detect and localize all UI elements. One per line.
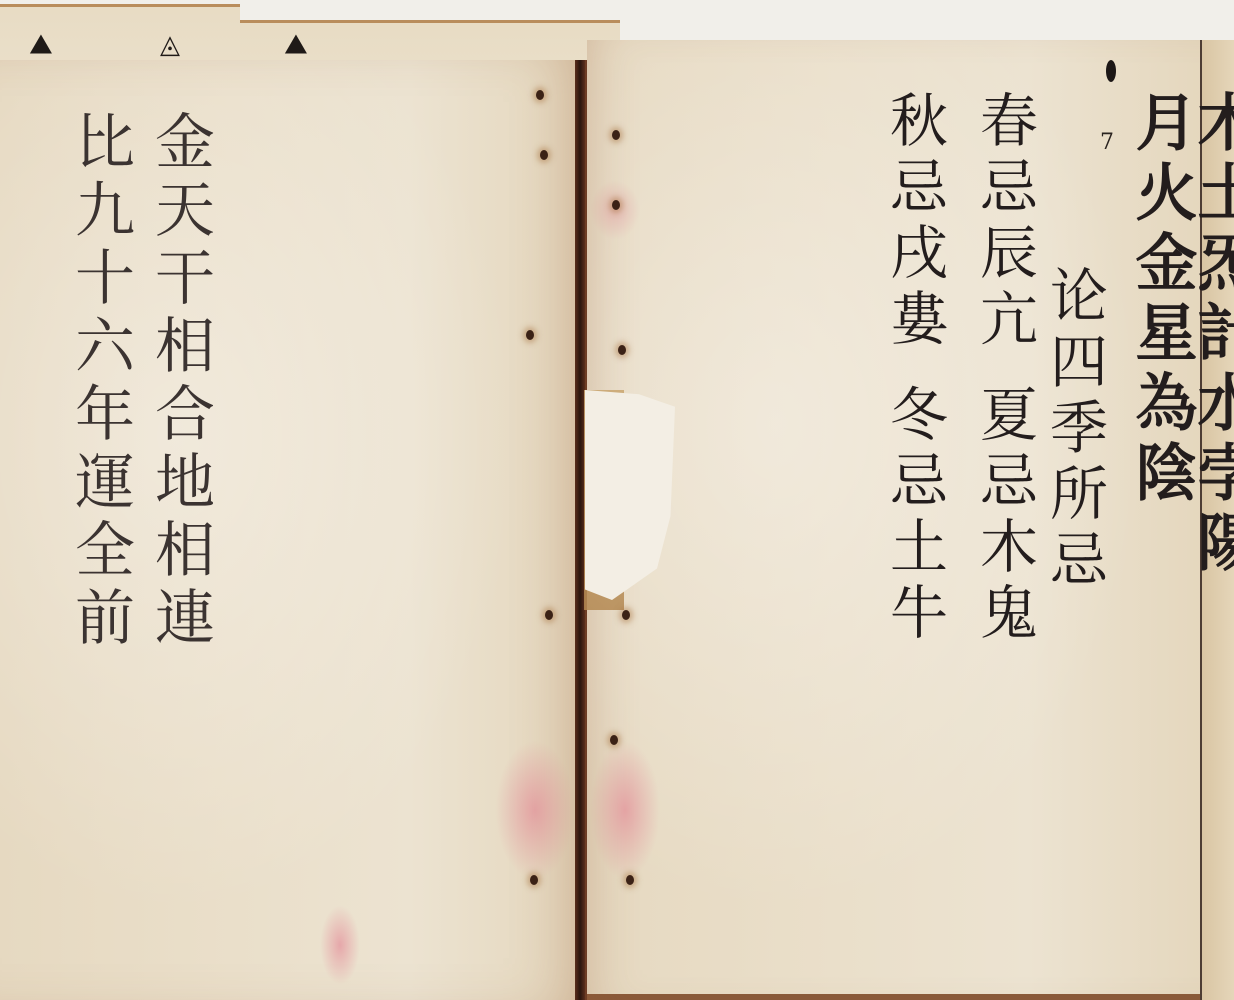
text-column-left-2: 比九十六年運全前 — [70, 110, 130, 654]
back-mark-3: ⛰ — [285, 30, 307, 61]
text-segment: 木土炁計水孛陽 — [1192, 90, 1234, 580]
text-column-left-1: 金天干相合地相連 — [150, 110, 210, 654]
back-mark-2: ◬ — [160, 30, 180, 60]
text-column-right-3: 春忌辰亢夏忌木鬼 — [975, 90, 1033, 648]
pink-stain — [320, 905, 360, 985]
binding-hole — [622, 610, 630, 620]
binding-hole — [540, 150, 548, 160]
binding-hole — [526, 330, 534, 340]
pink-stain — [590, 740, 660, 880]
pink-stain — [590, 180, 640, 240]
binding-hole — [530, 875, 538, 885]
text-segment: 春忌辰亢 — [975, 90, 1033, 354]
pink-stain — [495, 740, 575, 880]
binding-hole — [610, 735, 618, 745]
binding-hole — [536, 90, 544, 100]
binding-hole — [626, 875, 634, 885]
text-column-right-4: 秋忌戌婁冬忌土牛 — [885, 90, 943, 648]
binding-hole — [612, 200, 620, 210]
text-segment: 秋忌戌婁 — [885, 90, 943, 354]
binding-hole — [612, 130, 620, 140]
text-column-right-2: 论四季所忌 — [1045, 265, 1103, 595]
text-segment: 论四季所忌 — [1045, 265, 1103, 595]
text-segment: 月火金星為陰 — [1130, 90, 1192, 510]
binding-hole — [618, 345, 626, 355]
text-segment: 冬忌土牛 — [885, 384, 943, 648]
text-segment: 金天干相合地相連 — [150, 110, 210, 654]
page-number-mark: 7 — [1100, 130, 1114, 155]
ink-blot — [1106, 60, 1116, 82]
back-mark-1: ⛰ — [30, 30, 52, 61]
text-segment: 夏忌木鬼 — [975, 384, 1033, 648]
binding-hole — [545, 610, 553, 620]
text-column-right-1: 木土炁計水孛陽月火金星為陰 — [1130, 90, 1234, 1000]
text-segment: 比九十六年運全前 — [70, 110, 130, 654]
